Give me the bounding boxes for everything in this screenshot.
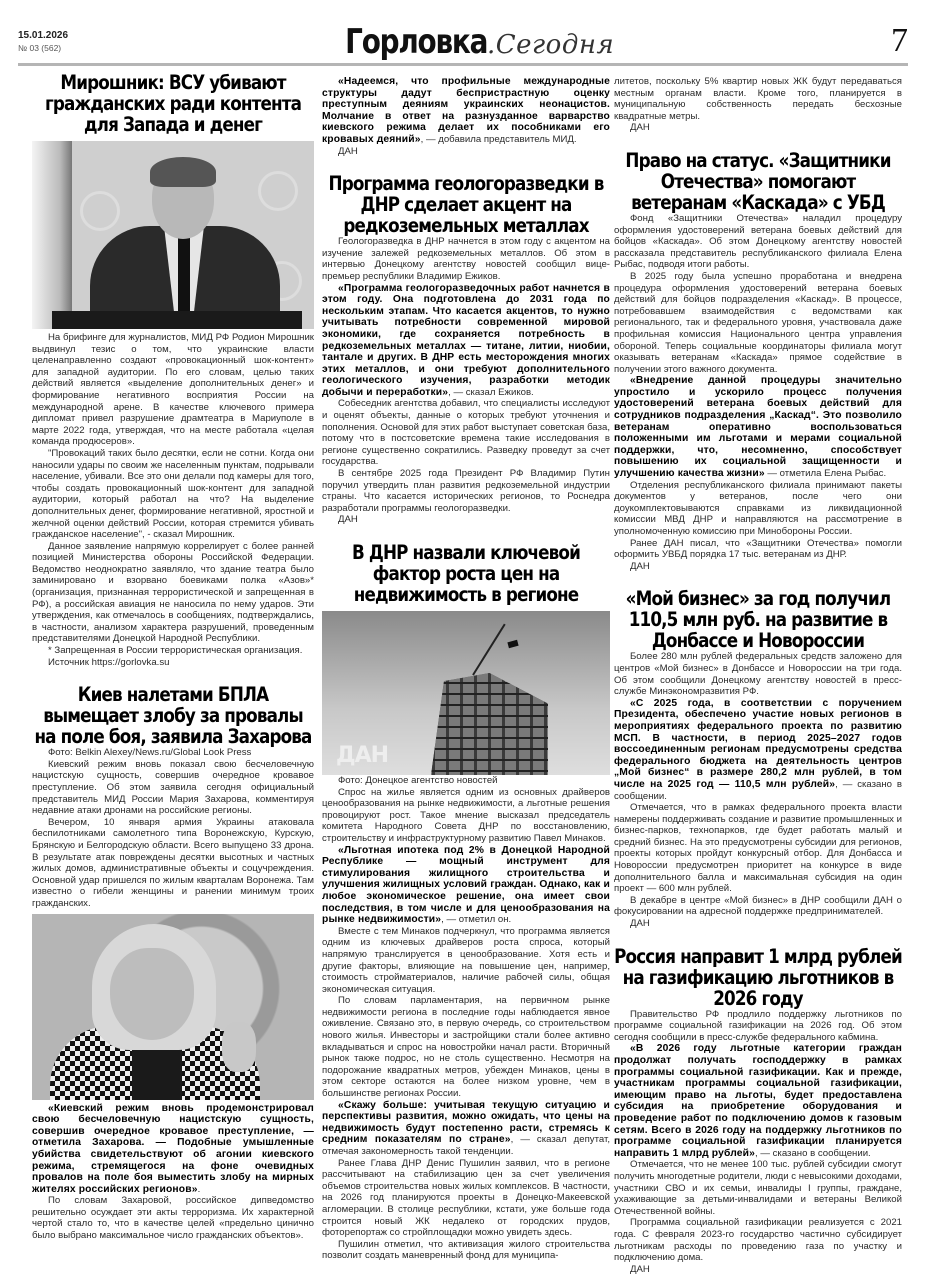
paragraph: Пушилин отметил, что активизация жилого … xyxy=(322,1239,610,1262)
paragraph: "Провокаций таких было десятки, если не … xyxy=(32,448,314,541)
paragraph: Спрос на жилье является одним из основны… xyxy=(322,787,610,845)
paragraph: Отделения республиканского филиала прини… xyxy=(614,480,902,538)
paragraph: В 2025 году была успешно проработана и в… xyxy=(614,271,902,375)
headline-realty: В ДНР назвали ключевой фактор роста цен … xyxy=(322,542,611,605)
quote: «С 2025 года, в соответствии с поручение… xyxy=(614,698,902,802)
headline-miroshnik: Мирошник: ВСУ убивают гражданских ради к… xyxy=(31,72,315,135)
paragraph: По словам Захаровой, российское дипведом… xyxy=(32,1195,314,1241)
quote: «Внедрение данной процедуры значительно … xyxy=(614,375,902,479)
paragraph: В сентябре 2025 года Президент РФ Владим… xyxy=(322,468,610,514)
quote: «Надеемся, что профильные международные … xyxy=(322,76,610,146)
paragraph: Данное заявление напрямую коррелирует с … xyxy=(32,541,314,645)
title-italic: .Сегодня xyxy=(487,30,614,60)
headline-geology: Программа геологоразведки в ДНР сделает … xyxy=(322,173,611,236)
title-main: Горловка xyxy=(345,22,487,62)
headline-business: «Мой бизнес» за год получил 110,5 млн ру… xyxy=(614,588,903,651)
paragraph: Ранее ДАН писал, что «Защитники Отечеств… xyxy=(614,538,902,561)
article-source: ДАН xyxy=(614,1264,902,1276)
photo-credit: Фото: Донецкое агентство новостей xyxy=(322,775,610,787)
article-source: ДАН xyxy=(614,561,902,573)
emblem-icon xyxy=(258,171,298,211)
quote: «Киевский режим вновь продемонстрировал … xyxy=(32,1103,314,1196)
paragraph: По словам парламентария, на первичном ры… xyxy=(322,995,610,1099)
paragraph: Вечером, 10 января армия Украины атакова… xyxy=(32,817,314,910)
paragraph: Отмечается, что в рамках федерального пр… xyxy=(614,802,902,895)
photo-zakharova xyxy=(32,914,314,1100)
column-2: «Надеемся, что профильные международные … xyxy=(322,66,610,1262)
paragraph: Программа социальной газификации реализу… xyxy=(614,1217,902,1263)
paragraph: Правительство РФ продлило поддержку льго… xyxy=(614,1009,902,1044)
quote: «В 2026 году льготные категории граждан … xyxy=(614,1043,902,1159)
paragraph: Вместе с тем Минаков подчеркнул, что про… xyxy=(322,926,610,996)
article-source: ДАН xyxy=(322,146,610,158)
article-source: Источник https://gorlovka.su xyxy=(32,657,314,669)
paragraph: Отмечается, что не менее 100 тыс. рублей… xyxy=(614,1159,902,1217)
article-source: ДАН xyxy=(614,918,902,930)
headline-zakharova: Киев налетами БПЛА вымещает злобу за про… xyxy=(31,684,315,747)
column-1: Мирошник: ВСУ убивают гражданских ради к… xyxy=(32,66,314,1242)
article-source: ДАН xyxy=(322,514,610,526)
paragraph: В декабре в центре «Мой бизнес» в ДНР со… xyxy=(614,895,902,918)
watermark-logo: ДАН xyxy=(336,743,388,768)
article-source: ДАН xyxy=(614,122,902,134)
headline-veterans: Право на статус. «Защитники Отечества» п… xyxy=(614,150,903,213)
quote: «Скажу больше: учитывая текущую ситуацию… xyxy=(322,1100,610,1158)
quote: «Программа геологоразведочных работ начн… xyxy=(322,283,610,399)
paragraph: Более 280 млн рублей федеральных средств… xyxy=(614,651,902,697)
paragraph: На брифинге для журналистов, МИД РФ Роди… xyxy=(32,332,314,448)
newspaper-title: Горловка.Сегодня xyxy=(0,22,928,65)
footnote: * Запрещенная в России террористическая … xyxy=(32,645,314,657)
paragraph: Собеседник агентства добавил, что специа… xyxy=(322,398,610,468)
column-3: литетов, поскольку 5% квартир новых ЖК б… xyxy=(614,66,902,1275)
paragraph-continued: литетов, поскольку 5% квартир новых ЖК б… xyxy=(614,76,902,122)
crane-icon xyxy=(472,624,505,676)
paragraph: Ранее Глава ДНР Денис Пушилин заявил, чт… xyxy=(322,1158,610,1239)
quote: «Льготная ипотека под 2% в Донецкой Наро… xyxy=(322,845,610,926)
masthead: 15.01.2026 № 03 (562) Горловка.Сегодня 7 xyxy=(0,0,928,68)
page-number: 7 xyxy=(891,22,908,60)
photo-building: ДАН xyxy=(322,611,610,775)
emblem-icon xyxy=(80,191,120,231)
photo-miroshnik xyxy=(32,141,314,329)
paragraph: Фонд «Защитники Отечества» наладил проце… xyxy=(614,213,902,271)
photo-credit: Фото: Belkin Alexey/News.ru/Global Look … xyxy=(32,747,314,759)
headline-gas: Россия направит 1 млрд рублей на газифик… xyxy=(614,946,903,1009)
paragraph: Киевский режим вновь показал свою бесчел… xyxy=(32,759,314,817)
paragraph: Геологоразведка в ДНР начнется в этом го… xyxy=(322,236,610,282)
